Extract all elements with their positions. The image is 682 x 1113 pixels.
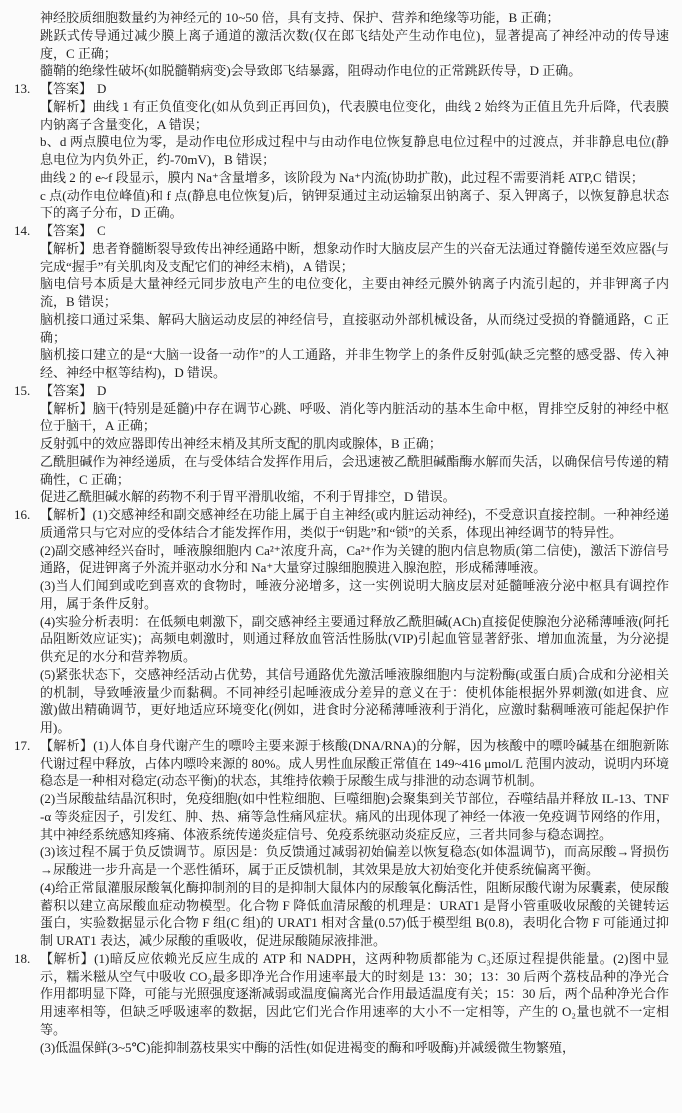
- explanation-paragraph: 【解析】患者脊髓断裂导致传出神经通路中断，想象动作时大脑皮层产生的兴奋无法通过脊…: [40, 240, 669, 276]
- explanation-paragraph: 脑机接口建立的是“大脑一设备一动作”的人工通路，并非生物学上的条件反射弧(缺乏完…: [40, 346, 669, 382]
- explanation-paragraph: 脑电信号本质是大量神经元同步放电产生的电位变化，主要由神经元膜外钠离子内流引起的…: [40, 275, 669, 311]
- explanation-paragraph: 脑机接口通过采集、解码大脑运动皮层的神经信号，直接驱动外部机械设备，从而绕过受损…: [40, 311, 669, 347]
- item-number: 14.: [14, 222, 38, 240]
- explanation-paragraph: (5)紧张状态下，交感神经活动占优势，其信号通路优先激活唾液腺细胞内与淀粉酶(或…: [40, 666, 669, 737]
- answer-label: 【答案】: [40, 383, 92, 398]
- explanation-paragraph: 乙酰胆碱作为神经递质，在与受体结合发挥作用后，会迅速被乙酰胆碱酯酶水解而失活，以…: [40, 453, 669, 489]
- answer-item: 15. 【答案】D 【解析】脑干(特别是延髓)中存在调节心跳、呼吸、消化等内脏活…: [14, 382, 669, 506]
- answer-value: D: [97, 383, 106, 398]
- answer-item: 16. 【解析】(1)交感神经和副交感神经在功能上属于自主神经(或内脏运动神经)…: [14, 506, 669, 737]
- answer-item: 神经胶质细胞数量约为神经元的 10~50 倍，具有支持、保护、营养和绝缘等功能，…: [14, 9, 669, 80]
- answer-item: 17. 【解析】(1)人体自身代谢产生的嘌呤主要来源于核酸(DNA/RNA)的分…: [14, 737, 669, 950]
- answer-value: D: [97, 81, 106, 96]
- answer-value: C: [97, 223, 106, 238]
- answer-item: 14. 【答案】C 【解析】患者脊髓断裂导致传出神经通路中断，想象动作时大脑皮层…: [14, 222, 669, 382]
- explanation-paragraph: 【解析】曲线 1 有正负值变化(如从负到正再回负)，代表膜电位变化，曲线 2 始…: [40, 98, 669, 134]
- explanation-paragraph: 髓鞘的绝缘性破坏(如脱髓鞘病变)会导致郎飞结暴露，阻碍动作电位的正常跳跃传导，D…: [40, 62, 669, 80]
- explanation-paragraph: 【解析】脑干(特别是延髓)中存在调节心跳、呼吸、消化等内脏活动的基本生命中枢，胃…: [40, 400, 669, 436]
- item-number: 17.: [14, 737, 38, 755]
- answer-sheet-page: 神经胶质细胞数量约为神经元的 10~50 倍，具有支持、保护、营养和绝缘等功能，…: [0, 0, 682, 1113]
- explanation-paragraph: (4)实验分析表明：在低频电刺激下，副交感神经主要通过释放乙酰胆碱(ACh)直接…: [40, 613, 669, 666]
- item-number: 15.: [14, 382, 38, 400]
- explanation-paragraph: 促进乙酰胆碱水解的药物不利于胃平滑肌收缩，不利于胃排空，D 错误。: [40, 488, 669, 506]
- explanation-paragraph: 跳跃式传导通过减少膜上离子通道的激活次数(仅在郎飞结处产生动作电位)，显著提高了…: [40, 27, 669, 63]
- explanation-paragraph: 曲线 2 的 e~f 段显示，膜内 Na⁺含量增多，该阶段为 Na⁺内流(协助扩…: [40, 169, 669, 187]
- answer-label: 【答案】: [40, 223, 92, 238]
- explanation-paragraph: b、d 两点膜电位为零，是动作电位形成过程中与由动作电位恢复静息电位过程中的过渡…: [40, 133, 669, 169]
- answer-line: 【答案】D: [40, 382, 669, 400]
- item-number: 16.: [14, 506, 38, 524]
- answer-item: 13. 【答案】D 【解析】曲线 1 有正负值变化(如从负到正再回负)，代表膜电…: [14, 80, 669, 222]
- explanation-paragraph: 反射弧中的效应器即传出神经末梢及其所支配的肌肉或腺体，B 正确；: [40, 435, 669, 453]
- explanation-paragraph: (2)当尿酸盐结晶沉积时，免疫细胞(如中性粒细胞、巨噬细胞)会聚集到关节部位，吞…: [40, 790, 669, 843]
- answer-line: 【答案】C: [40, 222, 669, 240]
- answer-item: 18. 【解析】(1)暗反应依赖光反应生成的 ATP 和 NADPH，这两种物质…: [14, 950, 669, 1057]
- answer-label: 【答案】: [40, 81, 92, 96]
- explanation-paragraph: (3)该过程不属于负反馈调节。原因是：负反馈通过减弱初始偏差以恢复稳态(如体温调…: [40, 843, 669, 879]
- item-number: 18.: [14, 950, 38, 968]
- explanation-paragraph: 【解析】(1)人体自身代谢产生的嘌呤主要来源于核酸(DNA/RNA)的分解，因为…: [40, 737, 669, 790]
- explanation-paragraph: 【解析】(1)交感神经和副交感神经在功能上属于自主神经(或内脏运动神经)，不受意…: [40, 506, 669, 542]
- explanation-paragraph: (2)副交感神经兴奋时，唾液腺细胞内 Ca²⁺浓度升高，Ca²⁺作为关键的胞内信…: [40, 542, 669, 578]
- explanation-paragraph: (4)给正常鼠灌服尿酸氧化酶抑制剂的目的是抑制大鼠体内的尿酸氧化酶活性，阻断尿酸…: [40, 879, 669, 950]
- explanation-paragraph: c 点(动作电位峰值)和 f 点(静息电位恢复)后，钠钾泵通过主动运输泵出钠离子…: [40, 187, 669, 223]
- explanation-paragraph: (3)当人们闻到或吃到喜欢的食物时，唾液分泌增多，这一实例说明大脑皮层对延髓唾液…: [40, 577, 669, 613]
- explanation-paragraph: 神经胶质细胞数量约为神经元的 10~50 倍，具有支持、保护、营养和绝缘等功能，…: [40, 9, 669, 27]
- answer-line: 【答案】D: [40, 80, 669, 98]
- explanation-paragraph: (3)低温保鲜(3~5℃)能抑制荔枝果实中酶的活性(如促进褐变的酶和呼吸酶)并减…: [40, 1039, 669, 1057]
- item-number: 13.: [14, 80, 38, 98]
- explanation-paragraph: 【解析】(1)暗反应依赖光反应生成的 ATP 和 NADPH，这两种物质都能为 …: [40, 950, 669, 1039]
